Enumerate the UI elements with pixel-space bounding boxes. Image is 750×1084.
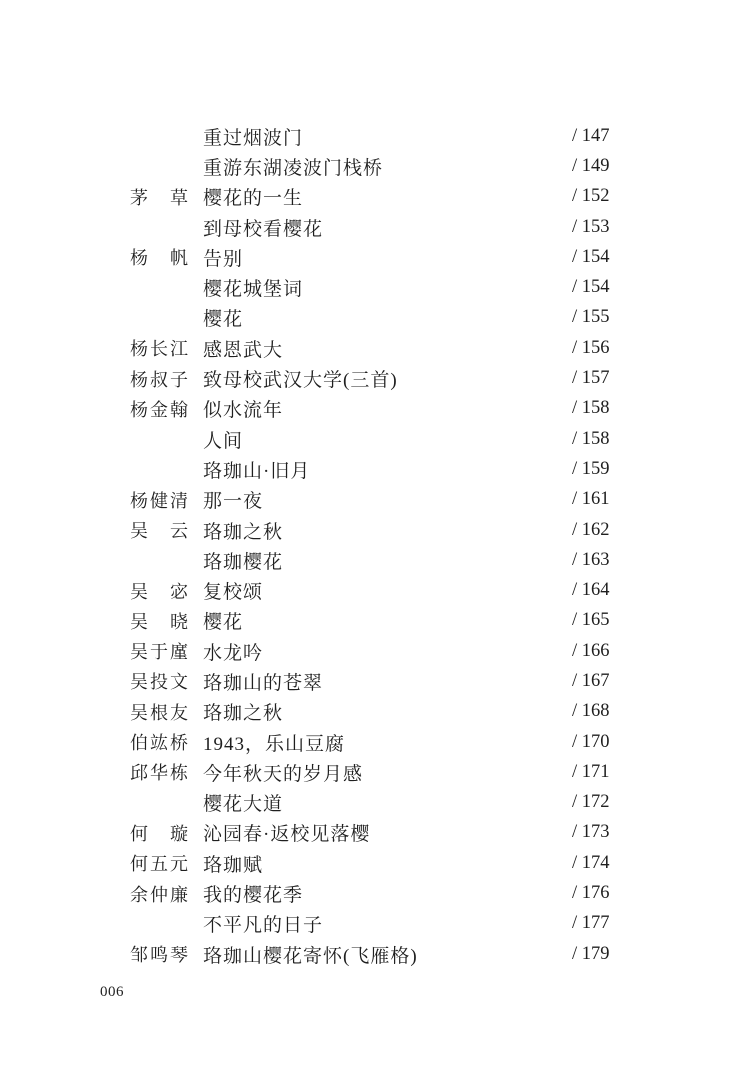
toc-entry: 樱花/ 155 bbox=[130, 303, 630, 333]
toc-entry: 茅草樱花的一生/ 152 bbox=[130, 182, 630, 212]
toc-page-number: / 174 bbox=[572, 853, 630, 874]
toc-author: 何五元 bbox=[130, 850, 188, 876]
toc-title: 珞珈赋 bbox=[203, 850, 572, 877]
toc-author: 吴于廑 bbox=[130, 638, 188, 664]
toc-author-char: 杨 bbox=[130, 396, 148, 422]
toc-entry: 余仲廉我的樱花季/ 176 bbox=[130, 878, 630, 908]
toc-page-number: / 172 bbox=[572, 792, 630, 813]
toc-author-char: 吴 bbox=[130, 638, 148, 664]
toc-title: 珞珈之秋 bbox=[203, 698, 572, 725]
toc-author-char: 竑 bbox=[150, 729, 168, 755]
toc-title: 重游东湖凌波门栈桥 bbox=[203, 153, 572, 180]
toc-author-char: 元 bbox=[170, 850, 188, 876]
toc-author-char: 吴 bbox=[130, 699, 148, 725]
toc-author-char: 健 bbox=[150, 487, 168, 513]
toc-entry: 樱花大道/ 172 bbox=[130, 788, 630, 818]
toc-page-number: / 167 bbox=[572, 671, 630, 692]
toc-title: 1943，乐山豆腐 bbox=[203, 729, 572, 756]
toc-author-char: 投 bbox=[150, 668, 168, 694]
toc-author-char: 云 bbox=[170, 517, 188, 543]
toc-page-number: / 162 bbox=[572, 520, 630, 541]
toc-entry: 人间/ 158 bbox=[130, 424, 630, 454]
toc-author: 杨健清 bbox=[130, 487, 188, 513]
toc-entry: 珞珈山·旧月/ 159 bbox=[130, 454, 630, 484]
toc-author-char: 廉 bbox=[170, 881, 188, 907]
toc-title: 珞珈樱花 bbox=[203, 547, 572, 574]
toc-author-char: 于 bbox=[150, 638, 168, 664]
toc-author: 邱华栋 bbox=[130, 759, 188, 785]
toc-author-char: 琴 bbox=[170, 941, 188, 967]
toc-entry: 珞珈樱花/ 163 bbox=[130, 545, 630, 575]
toc-author-char: 杨 bbox=[130, 487, 148, 513]
toc-author: 吴根友 bbox=[130, 699, 188, 725]
toc-author-char: 邹 bbox=[130, 941, 148, 967]
toc-title: 樱花大道 bbox=[203, 789, 572, 816]
toc-title: 珞珈山的苍翠 bbox=[203, 668, 572, 695]
toc-title: 不平凡的日子 bbox=[203, 910, 572, 937]
toc-entry: 吴云珞珈之秋/ 162 bbox=[130, 515, 630, 545]
toc-author: 伯竑桥 bbox=[130, 729, 188, 755]
toc-author-char: 吴 bbox=[130, 578, 148, 604]
toc-entry: 何五元珞珈赋/ 174 bbox=[130, 848, 630, 878]
toc-entry: 重游东湖凌波门栈桥/ 149 bbox=[130, 151, 630, 181]
toc-page-number: / 147 bbox=[572, 126, 630, 147]
toc-author-char: 吴 bbox=[130, 517, 148, 543]
toc-author-char: 晓 bbox=[170, 608, 188, 634]
toc-page-number: / 158 bbox=[572, 429, 630, 450]
toc-author-char: 杨 bbox=[130, 366, 148, 392]
toc-author-char: 邱 bbox=[130, 759, 148, 785]
toc-author-char: 何 bbox=[130, 820, 148, 846]
toc-author-char: 茅 bbox=[130, 184, 148, 210]
toc-page-number: / 161 bbox=[572, 489, 630, 510]
toc-entry: 何璇沁园春·返校见落樱/ 173 bbox=[130, 818, 630, 848]
toc-title: 到母校看樱花 bbox=[203, 214, 572, 241]
toc-title: 致母校武汉大学(三首) bbox=[203, 365, 572, 392]
toc-title: 沁园春·返校见落樱 bbox=[203, 819, 572, 846]
toc-page-number: / 170 bbox=[572, 732, 630, 753]
toc-page-number: / 154 bbox=[572, 277, 630, 298]
toc-entry: 吴投文珞珈山的苍翠/ 167 bbox=[130, 666, 630, 696]
toc-entry: 杨帆告别/ 154 bbox=[130, 242, 630, 272]
toc-page-number: / 159 bbox=[572, 459, 630, 480]
toc-page-number: / 179 bbox=[572, 944, 630, 965]
toc-page-number: / 176 bbox=[572, 883, 630, 904]
toc-list: 重过烟波门/ 147重游东湖凌波门栈桥/ 149茅草樱花的一生/ 152到母校看… bbox=[130, 121, 630, 969]
toc-entry: 杨叔子致母校武汉大学(三首)/ 157 bbox=[130, 363, 630, 393]
toc-author-char: 草 bbox=[170, 184, 188, 210]
toc-title: 感恩武大 bbox=[203, 335, 572, 362]
toc-author-char: 仲 bbox=[150, 881, 168, 907]
toc-title: 似水流年 bbox=[203, 395, 572, 422]
toc-author-char: 根 bbox=[150, 699, 168, 725]
toc-entry: 邱华栋今年秋天的岁月感/ 171 bbox=[130, 757, 630, 787]
toc-entry: 邹鸣琴珞珈山樱花寄怀(飞雁格)/ 179 bbox=[130, 939, 630, 969]
toc-author: 邹鸣琴 bbox=[130, 941, 188, 967]
toc-title: 樱花 bbox=[203, 607, 572, 634]
toc-author-char: 叔 bbox=[150, 366, 168, 392]
toc-author-char: 五 bbox=[150, 850, 168, 876]
toc-author-char: 子 bbox=[170, 366, 188, 392]
toc-author-char: 友 bbox=[170, 699, 188, 725]
toc-entry: 到母校看樱花/ 153 bbox=[130, 212, 630, 242]
toc-page-number: / 177 bbox=[572, 913, 630, 934]
toc-author-char: 璇 bbox=[170, 820, 188, 846]
toc-entry: 吴晓樱花/ 165 bbox=[130, 606, 630, 636]
toc-author-char: 吴 bbox=[130, 668, 148, 694]
toc-author-char: 江 bbox=[170, 335, 188, 361]
toc-author: 何璇 bbox=[130, 820, 188, 846]
toc-entry: 伯竑桥1943，乐山豆腐/ 170 bbox=[130, 727, 630, 757]
toc-page-number: / 154 bbox=[572, 247, 630, 268]
toc-entry: 杨金翰似水流年/ 158 bbox=[130, 394, 630, 424]
toc-page-number: / 155 bbox=[572, 307, 630, 328]
toc-author-char: 桥 bbox=[170, 729, 188, 755]
toc-author: 吴云 bbox=[130, 517, 188, 543]
toc-page-number: / 149 bbox=[572, 156, 630, 177]
toc-page-number: / 171 bbox=[572, 762, 630, 783]
toc-page-number: / 173 bbox=[572, 822, 630, 843]
toc-author-char: 宓 bbox=[170, 578, 188, 604]
toc-author: 杨长江 bbox=[130, 335, 188, 361]
toc-entry: 杨健清那一夜/ 161 bbox=[130, 485, 630, 515]
toc-author-char: 廑 bbox=[170, 638, 188, 664]
toc-title: 告别 bbox=[203, 244, 572, 271]
toc-entry: 重过烟波门/ 147 bbox=[130, 121, 630, 151]
toc-title: 人间 bbox=[203, 426, 572, 453]
toc-page-number: / 156 bbox=[572, 338, 630, 359]
toc-page-number: / 153 bbox=[572, 217, 630, 238]
toc-author-char: 伯 bbox=[130, 729, 148, 755]
toc-author-char: 鸣 bbox=[150, 941, 168, 967]
toc-author-char: 杨 bbox=[130, 335, 148, 361]
toc-entry: 杨长江感恩武大/ 156 bbox=[130, 333, 630, 363]
toc-page-number: / 152 bbox=[572, 186, 630, 207]
toc-author: 茅草 bbox=[130, 184, 188, 210]
toc-page-number: / 165 bbox=[572, 610, 630, 631]
toc-page-number: / 168 bbox=[572, 701, 630, 722]
toc-author: 吴晓 bbox=[130, 608, 188, 634]
toc-author-char: 华 bbox=[150, 759, 168, 785]
toc-author: 吴宓 bbox=[130, 578, 188, 604]
toc-entry: 樱花城堡词/ 154 bbox=[130, 272, 630, 302]
toc-author-char: 金 bbox=[150, 396, 168, 422]
toc-author-char: 吴 bbox=[130, 608, 148, 634]
toc-entry: 吴根友珞珈之秋/ 168 bbox=[130, 697, 630, 727]
toc-title: 复校颂 bbox=[203, 577, 572, 604]
toc-author-char: 栋 bbox=[170, 759, 188, 785]
toc-title: 那一夜 bbox=[203, 486, 572, 513]
book-page: 重过烟波门/ 147重游东湖凌波门栈桥/ 149茅草樱花的一生/ 152到母校看… bbox=[0, 0, 750, 1084]
toc-title: 今年秋天的岁月感 bbox=[203, 759, 572, 786]
toc-author-char: 何 bbox=[130, 850, 148, 876]
toc-author: 杨金翰 bbox=[130, 396, 188, 422]
toc-author-char: 帆 bbox=[170, 244, 188, 270]
toc-author: 余仲廉 bbox=[130, 881, 188, 907]
toc-title: 我的樱花季 bbox=[203, 880, 572, 907]
toc-title: 珞珈山樱花寄怀(飞雁格) bbox=[203, 941, 572, 968]
toc-title: 重过烟波门 bbox=[203, 123, 572, 150]
toc-author-char: 余 bbox=[130, 881, 148, 907]
toc-page-number: / 163 bbox=[572, 550, 630, 571]
toc-author: 吴投文 bbox=[130, 668, 188, 694]
toc-page-number: / 166 bbox=[572, 641, 630, 662]
toc-entry: 吴于廑水龙吟/ 166 bbox=[130, 636, 630, 666]
toc-author-char: 长 bbox=[150, 335, 168, 361]
toc-author-char: 翰 bbox=[170, 396, 188, 422]
toc-page-number: / 157 bbox=[572, 368, 630, 389]
toc-author-char: 杨 bbox=[130, 244, 148, 270]
footer-page-number: 006 bbox=[100, 984, 124, 1001]
toc-title: 樱花 bbox=[203, 304, 572, 331]
toc-author-char: 清 bbox=[170, 487, 188, 513]
toc-title: 珞珈山·旧月 bbox=[203, 456, 572, 483]
toc-author-char: 文 bbox=[170, 668, 188, 694]
toc-author: 杨叔子 bbox=[130, 366, 188, 392]
toc-title: 水龙吟 bbox=[203, 638, 572, 665]
toc-title: 樱花城堡词 bbox=[203, 274, 572, 301]
toc-page-number: / 164 bbox=[572, 580, 630, 601]
toc-entry: 吴宓复校颂/ 164 bbox=[130, 575, 630, 605]
toc-title: 樱花的一生 bbox=[203, 183, 572, 210]
toc-title: 珞珈之秋 bbox=[203, 517, 572, 544]
toc-entry: 不平凡的日子/ 177 bbox=[130, 909, 630, 939]
toc-author: 杨帆 bbox=[130, 244, 188, 270]
toc-page-number: / 158 bbox=[572, 398, 630, 419]
